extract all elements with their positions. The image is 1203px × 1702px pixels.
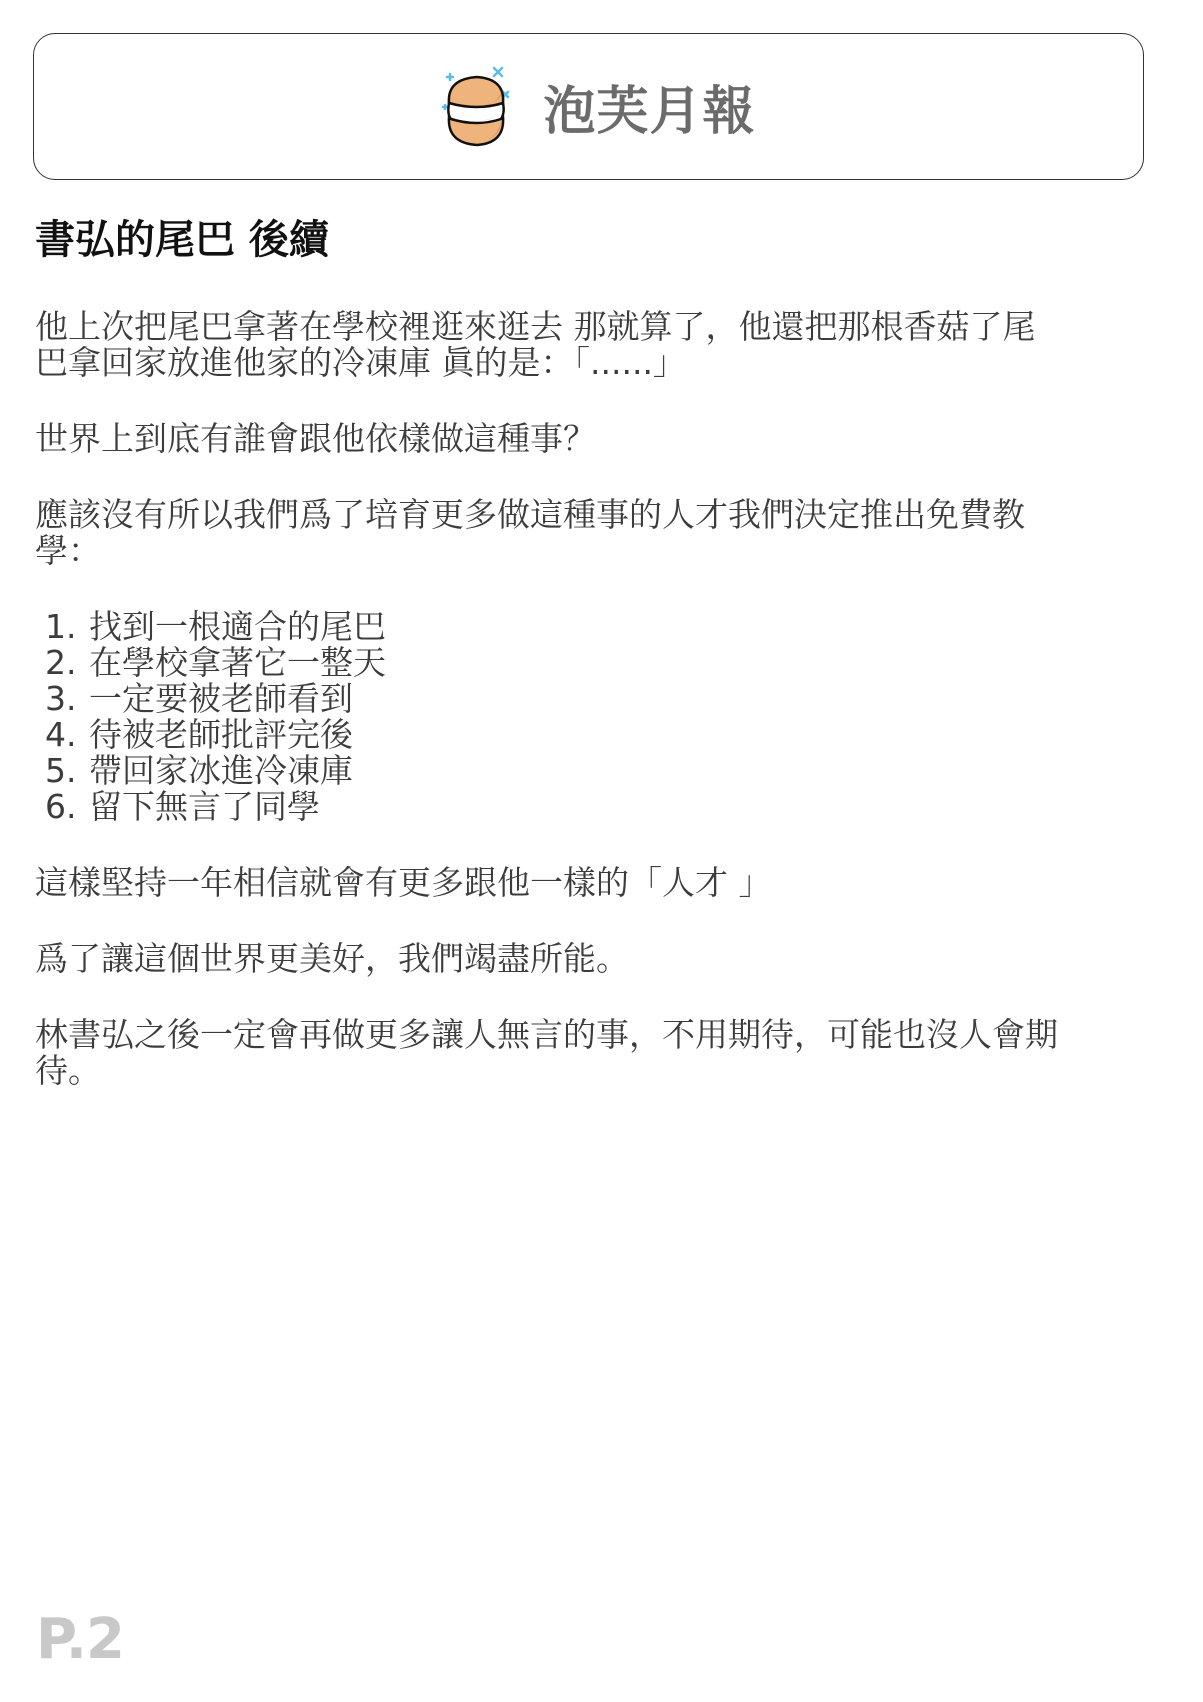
step-number: 2.: [45, 645, 89, 681]
paragraph-outro: 林書弘之後一定會再做更多讓人無言的事，不用期待，可能也沒人會期待。: [35, 1017, 1065, 1089]
step-text: 一定要被老師看到: [89, 679, 353, 718]
step-number: 4.: [45, 717, 89, 753]
step-number: 1.: [45, 609, 89, 645]
list-item: 4.待被老師批評完後: [45, 717, 1065, 753]
cream-puff-icon: [441, 65, 513, 149]
step-number: 6.: [45, 789, 89, 825]
article-body: 他上次把尾巴拿著在學校裡逛來逛去 那就算了，他還把那根香菇了尾巴拿回家放進他家的…: [35, 309, 1065, 1129]
paragraph-better-world: 爲了讓這個世界更美好，我們竭盡所能。: [35, 941, 1065, 977]
masthead-brand: 泡芙月報: [441, 65, 755, 149]
paragraph-tutorial-intro: 應該沒有所以我們爲了培育更多做這種事的人才我們決定推出免費教學：: [35, 497, 1065, 569]
step-number: 5.: [45, 753, 89, 789]
step-text: 找到一根適合的尾巴: [89, 607, 386, 646]
page-number: P.2: [36, 1612, 124, 1668]
list-item: 6.留下無言了同學: [45, 789, 1065, 825]
masthead-title: 泡芙月報: [543, 69, 755, 144]
step-text: 在學校拿著它一整天: [89, 643, 386, 682]
masthead: 泡芙月報: [33, 33, 1144, 180]
step-number: 3.: [45, 681, 89, 717]
list-item: 5.帶回家冰進冷凍庫: [45, 753, 1065, 789]
list-item: 3.一定要被老師看到: [45, 681, 1065, 717]
list-item: 2.在學校拿著它一整天: [45, 645, 1065, 681]
paragraph-question: 世界上到底有誰會跟他依樣做這種事？: [35, 421, 1065, 457]
paragraph-intro: 他上次把尾巴拿著在學校裡逛來逛去 那就算了，他還把那根香菇了尾巴拿回家放進他家的…: [35, 309, 1065, 381]
paragraph-persist: 這樣堅持一年相信就會有更多跟他一樣的「人才 」: [35, 865, 1065, 901]
step-text: 留下無言了同學: [89, 787, 320, 826]
article-heading: 書弘的尾巴 後續: [35, 212, 329, 268]
step-text: 待被老師批評完後: [89, 715, 353, 754]
tutorial-steps-list: 1.找到一根適合的尾巴 2.在學校拿著它一整天 3.一定要被老師看到 4.待被老…: [35, 609, 1065, 825]
list-item: 1.找到一根適合的尾巴: [45, 609, 1065, 645]
step-text: 帶回家冰進冷凍庫: [89, 751, 353, 790]
